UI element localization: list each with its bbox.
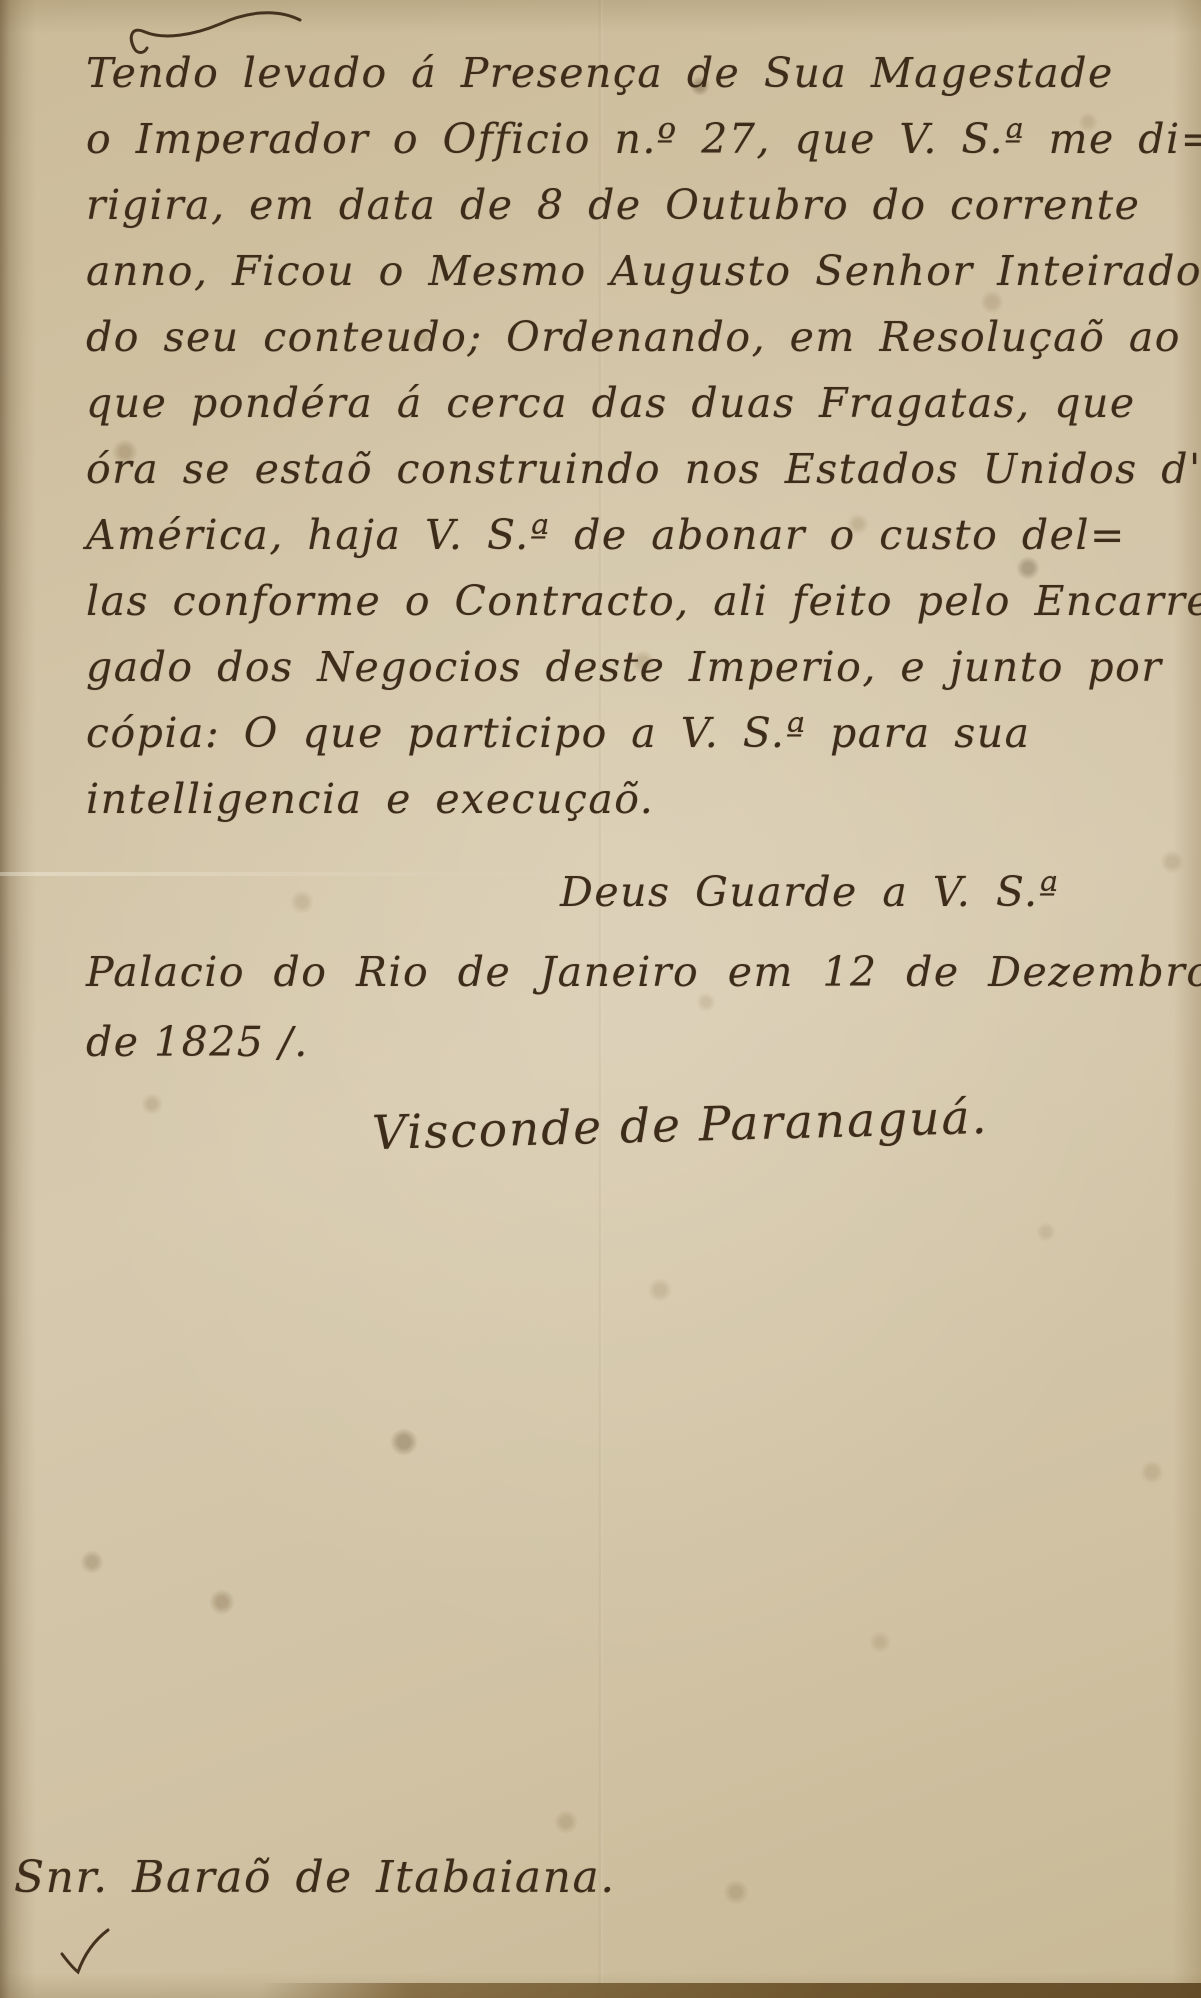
manuscript-page: Tendo levado á Presença de Sua Magestade… <box>0 0 1201 1998</box>
page-bottom-edge-shadow <box>260 1983 1201 1998</box>
dateline-place-date: Palacio do Rio de Janeiro em 12 de Dezem… <box>86 948 1201 996</box>
letter-line: gado dos Negocios deste Imperio, e junto… <box>86 634 1201 700</box>
letter-line: intelligencia e execuçaõ. <box>86 766 1201 832</box>
letter-line: óra se estaõ construindo nos Estados Uni… <box>86 436 1201 502</box>
letter-line: rigira, em data de 8 de Outubro do corre… <box>86 172 1201 238</box>
letter-body: Tendo levado á Presença de Sua Magestade… <box>86 40 1201 832</box>
letter-line: cópia: O que participo a V. S.ª para sua <box>86 700 1201 766</box>
letter-line: anno, Ficou o Mesmo Augusto Senhor Intei… <box>86 238 1201 304</box>
letter-line: América, haja V. S.ª de abonar o custo d… <box>86 502 1201 568</box>
letter-line: las conforme o Contracto, ali feito pelo… <box>86 568 1201 634</box>
letter-line: o Imperador o Officio n.º 27, que V. S.ª… <box>86 106 1201 172</box>
dateline-year: de 1825 /. <box>86 1018 309 1066</box>
signature: Visconde de Paranaguá. <box>371 1090 989 1161</box>
valediction: Deus Guarde a V. S.ª <box>560 868 1059 916</box>
letter-line: Tendo levado á Presença de Sua Magestade <box>86 40 1201 106</box>
check-swash-icon <box>56 1924 120 1986</box>
letter-line: que pondéra á cerca das duas Fragatas, q… <box>86 370 1201 436</box>
horizontal-fold-crease <box>0 872 560 876</box>
letter-line: do seu conteudo; Ordenando, em Resoluçaõ… <box>86 304 1201 370</box>
binding-gutter-shadow <box>0 0 36 1998</box>
addressee: Snr. Baraõ de Itabaiana. <box>14 1852 616 1903</box>
